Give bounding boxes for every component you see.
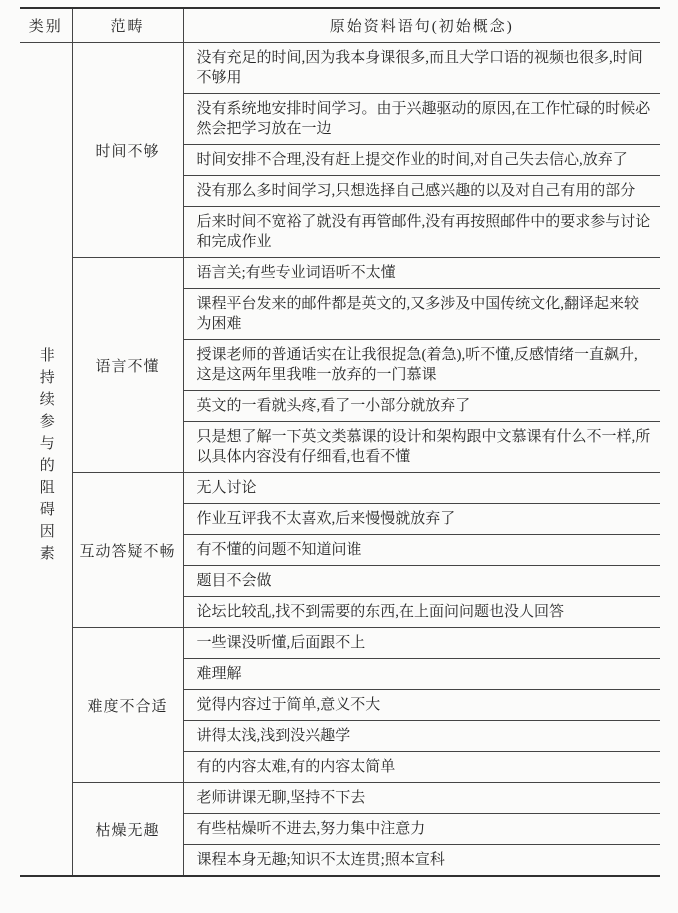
statement-cell: 只是想了解一下英文类慕课的设计和架构跟中文慕课有什么不一样,所以具体内容没有仔细…	[183, 422, 660, 473]
statement-cell: 有的内容太难,有的内容太简单	[183, 752, 660, 783]
table-body: 非持续参与的阻碍因素时间不够没有充足的时间,因为我本身课很多,而且大学口语的视频…	[20, 43, 660, 877]
statement-cell: 有不懂的问题不知道问谁	[183, 535, 660, 566]
open-coding-table: 类别 范畴 原始资料语句(初始概念) 非持续参与的阻碍因素时间不够没有充足的时间…	[20, 7, 660, 877]
statement-cell: 老师讲课无聊,坚持不下去	[183, 783, 660, 814]
statement-cell: 没有充足的时间,因为我本身课很多,而且大学口语的视频也很多,时间不够用	[183, 43, 660, 94]
statement-cell: 时间安排不合理,没有赶上提交作业的时间,对自己失去信心,放弃了	[183, 145, 660, 176]
statement-cell: 题目不会做	[183, 566, 660, 597]
statement-cell: 讲得太浅,浅到没兴趣学	[183, 721, 660, 752]
col-header-statements: 原始资料语句(初始概念)	[183, 8, 660, 43]
statement-cell: 后来时间不宽裕了就没有再管邮件,没有再按照邮件中的要求参与讨论和完成作业	[183, 207, 660, 258]
table-row: 语言不懂语言关;有些专业词语听不太懂	[20, 258, 660, 289]
table-row: 枯燥无趣老师讲课无聊,坚持不下去	[20, 783, 660, 814]
category-cell: 非持续参与的阻碍因素	[20, 43, 72, 877]
statement-cell: 觉得内容过于简单,意义不大	[183, 690, 660, 721]
statement-cell: 没有那么多时间学习,只想选择自己感兴趣的以及对自己有用的部分	[183, 176, 660, 207]
statement-cell: 作业互评我不太喜欢,后来慢慢就放弃了	[183, 504, 660, 535]
domain-cell: 枯燥无趣	[72, 783, 183, 877]
table-row: 难度不合适一些课没听懂,后面跟不上	[20, 628, 660, 659]
domain-cell: 难度不合适	[72, 628, 183, 783]
paper-page: 类别 范畴 原始资料语句(初始概念) 非持续参与的阻碍因素时间不够没有充足的时间…	[0, 0, 678, 877]
statement-cell: 英文的一看就头疼,看了一小部分就放弃了	[183, 391, 660, 422]
statement-cell: 无人讨论	[183, 473, 660, 504]
table-header: 类别 范畴 原始资料语句(初始概念)	[20, 8, 660, 43]
col-header-domain: 范畴	[72, 8, 183, 43]
table-row: 非持续参与的阻碍因素时间不够没有充足的时间,因为我本身课很多,而且大学口语的视频…	[20, 43, 660, 94]
statement-cell: 一些课没听懂,后面跟不上	[183, 628, 660, 659]
domain-cell: 互动答疑不畅	[72, 473, 183, 628]
statement-cell: 没有系统地安排时间学习。由于兴趣驱动的原因,在工作忙碌的时候必然会把学习放在一边	[183, 94, 660, 145]
domain-cell: 时间不够	[72, 43, 183, 258]
category-label: 非持续参与的阻碍因素	[37, 347, 55, 567]
statement-cell: 有些枯燥听不进去,努力集中注意力	[183, 814, 660, 845]
table-row: 互动答疑不畅无人讨论	[20, 473, 660, 504]
statement-cell: 难理解	[183, 659, 660, 690]
header-row: 类别 范畴 原始资料语句(初始概念)	[20, 8, 660, 43]
statement-cell: 授课老师的普通话实在让我很捉急(着急),听不懂,反感情绪一直飙升,这是这两年里我…	[183, 340, 660, 391]
statement-cell: 课程平台发来的邮件都是英文的,又多涉及中国传统文化,翻译起来较为困难	[183, 289, 660, 340]
col-header-category: 类别	[20, 8, 72, 43]
statement-cell: 语言关;有些专业词语听不太懂	[183, 258, 660, 289]
domain-cell: 语言不懂	[72, 258, 183, 473]
statement-cell: 课程本身无趣;知识不太连贯;照本宣科	[183, 845, 660, 877]
statement-cell: 论坛比较乱,找不到需要的东西,在上面问问题也没人回答	[183, 597, 660, 628]
